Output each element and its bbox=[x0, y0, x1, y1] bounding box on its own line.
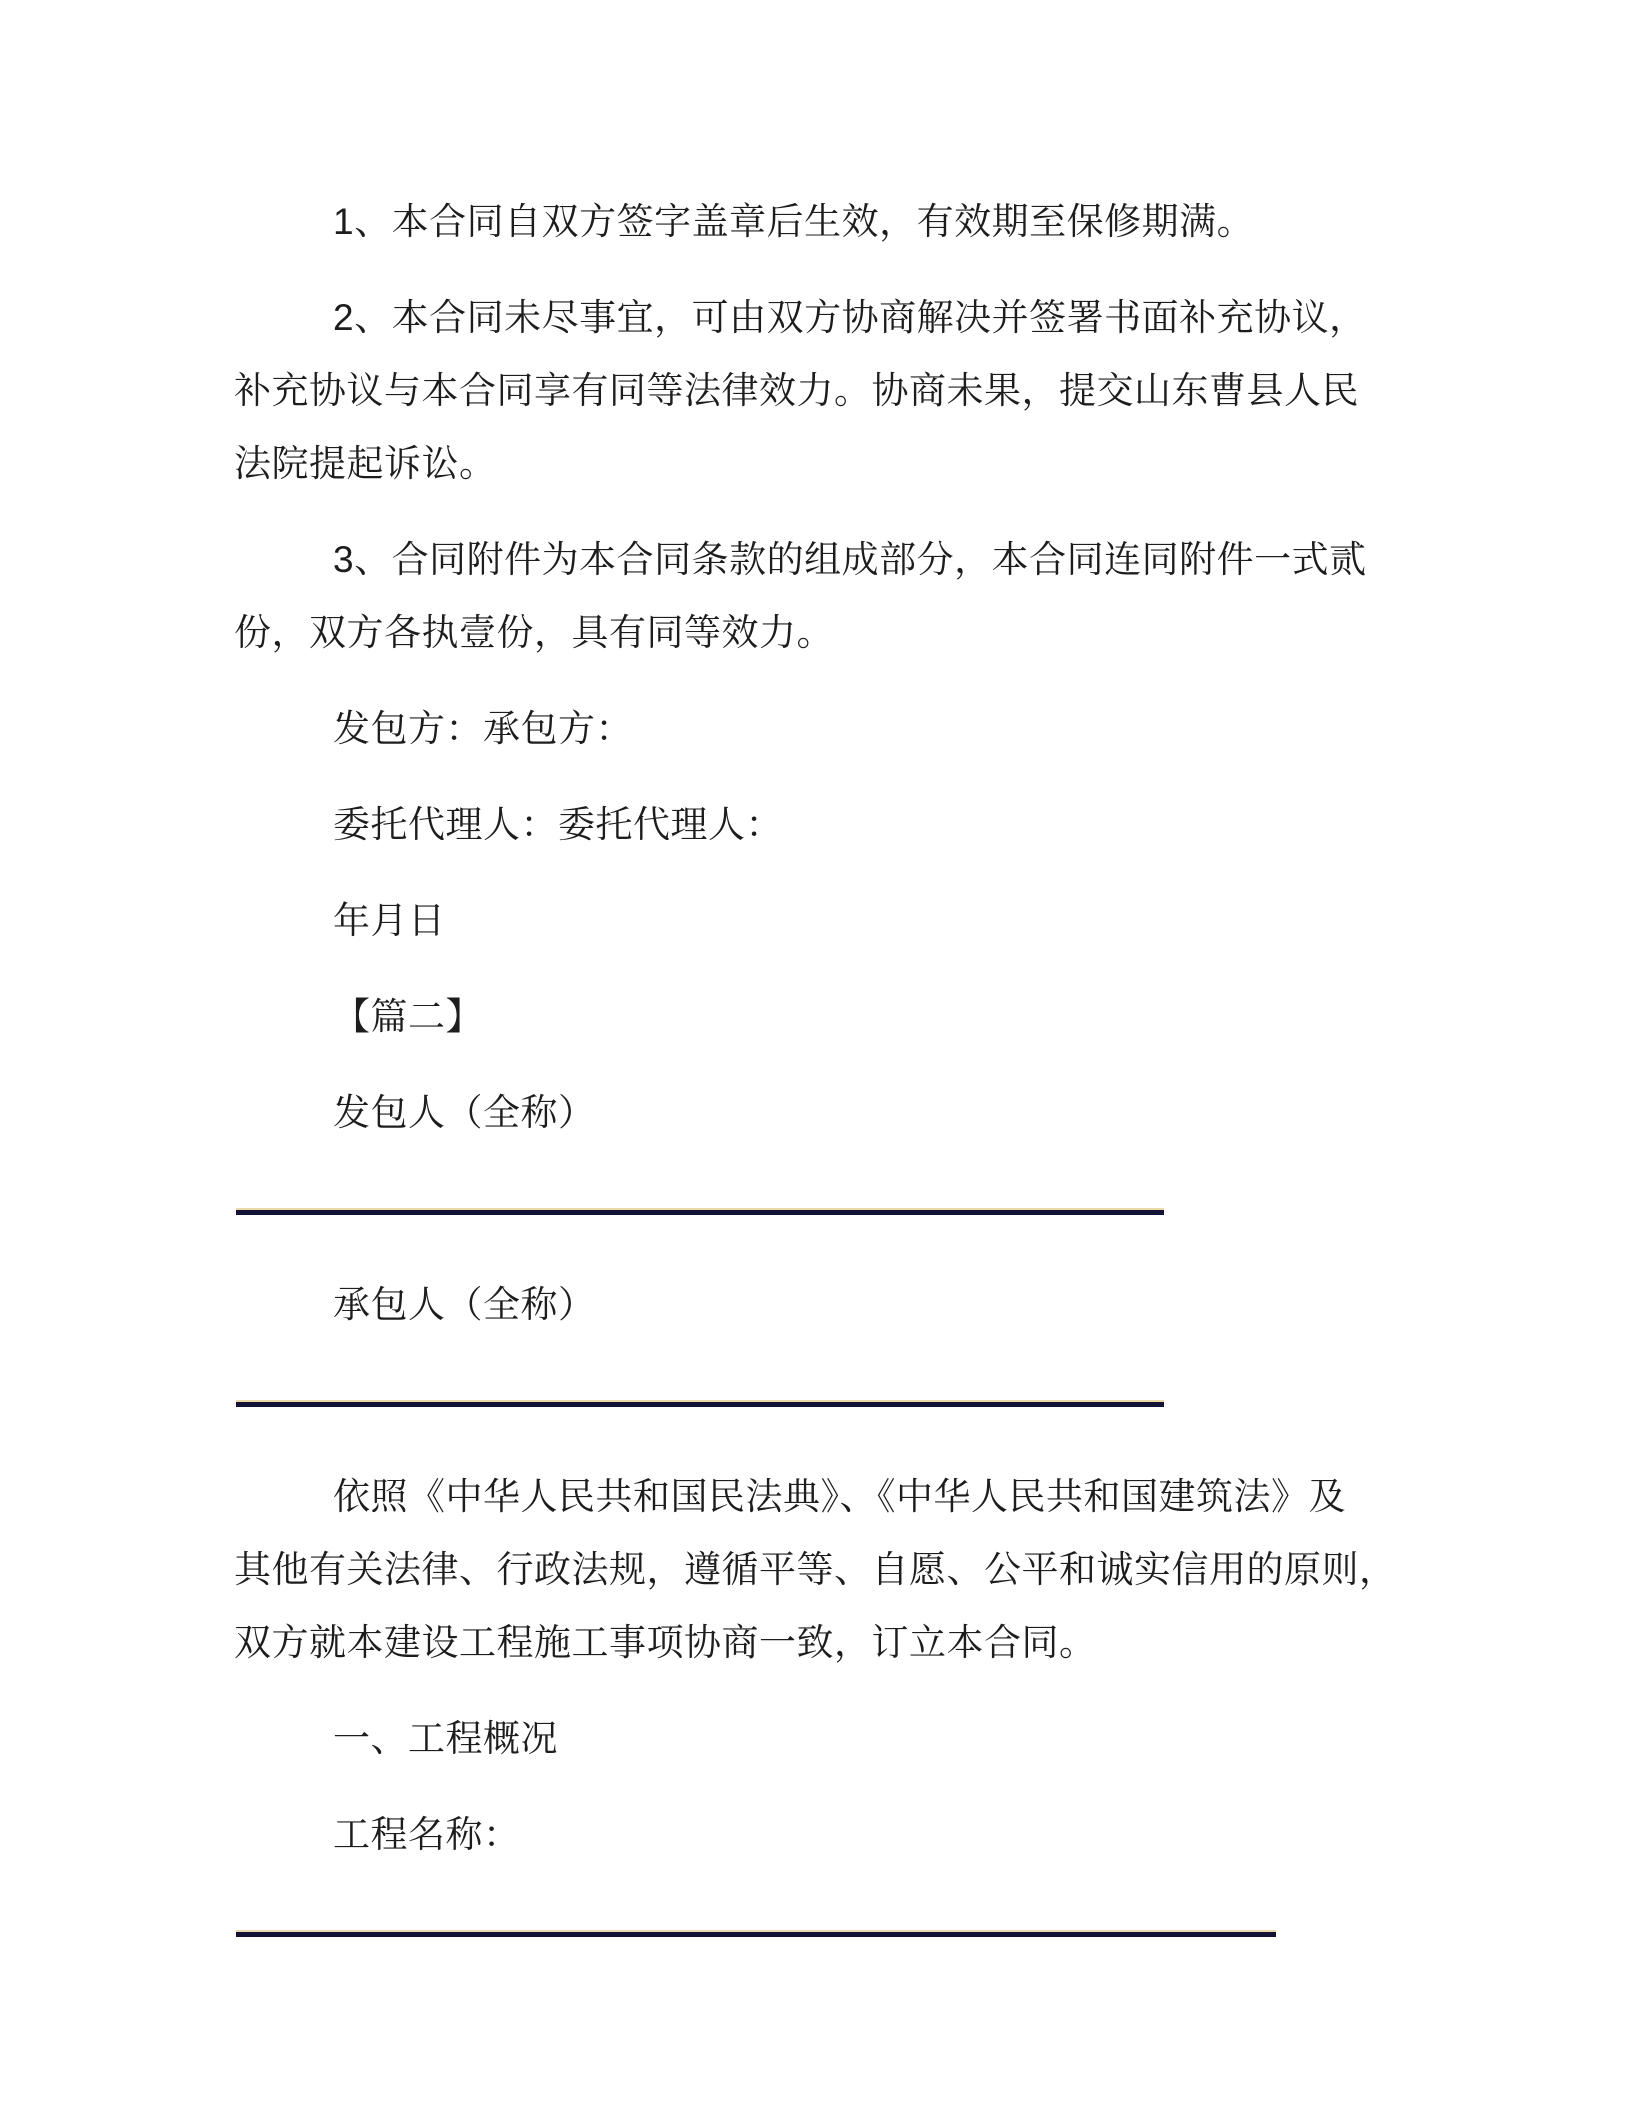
text-line: 【篇二】 bbox=[234, 980, 1394, 1053]
blank-underline-row-employer-blank bbox=[234, 1172, 1394, 1245]
paragraph-clause-1: 1、本合同自双方签字盖章后生效，有效期至保修期满。 bbox=[234, 185, 1394, 258]
text-line: 一、工程概况 bbox=[234, 1702, 1394, 1775]
text-line: 承包人（全称） bbox=[234, 1268, 1394, 1341]
blank-underline bbox=[236, 1208, 1164, 1215]
blank-underline bbox=[236, 1930, 1276, 1937]
paragraph-contractor-label: 承包人（全称） bbox=[234, 1268, 1394, 1341]
paragraph-section-2-heading: 【篇二】 bbox=[234, 980, 1394, 1053]
paragraph-signature-parties: 发包方：承包方： bbox=[234, 692, 1394, 765]
paragraph-clause-2: 2、本合同未尽事宜，可由双方协商解决并签署书面补充协议，补充协议与本合同享有同等… bbox=[234, 281, 1394, 500]
paragraph-employer-label: 发包人（全称） bbox=[234, 1076, 1394, 1149]
text-line: 2、本合同未尽事宜，可由双方协商解决并签署书面补充协议， bbox=[234, 281, 1394, 354]
blank-underline bbox=[236, 1400, 1164, 1407]
text-line: 双方就本建设工程施工事项协商一致，订立本合同。 bbox=[234, 1606, 1394, 1679]
paragraph-project-name-label: 工程名称： bbox=[234, 1798, 1394, 1871]
text-line: 发包人（全称） bbox=[234, 1076, 1394, 1149]
paragraph-article-1-heading: 一、工程概况 bbox=[234, 1702, 1394, 1775]
text-line: 年月日 bbox=[234, 884, 1394, 957]
paragraph-clause-3: 3、合同附件为本合同条款的组成部分，本合同连同附件一式贰份，双方各执壹份，具有同… bbox=[234, 523, 1394, 669]
text-line: 依照《中华人民共和国民法典》、《中华人民共和国建筑法》及 bbox=[234, 1460, 1394, 1533]
text-line: 法院提起诉讼。 bbox=[234, 427, 1394, 500]
text-line: 份，双方各执壹份，具有同等效力。 bbox=[234, 596, 1394, 669]
text-line: 工程名称： bbox=[234, 1798, 1394, 1871]
text-line: 其他有关法律、行政法规，遵循平等、自愿、公平和诚实信用的原则， bbox=[234, 1533, 1394, 1606]
paragraph-signature-date: 年月日 bbox=[234, 884, 1394, 957]
blank-underline-row-project-name-blank bbox=[234, 1894, 1394, 1967]
paragraph-legal-basis-paragraph: 依照《中华人民共和国民法典》、《中华人民共和国建筑法》及其他有关法律、行政法规，… bbox=[234, 1460, 1394, 1679]
text-line: 委托代理人：委托代理人： bbox=[234, 788, 1394, 861]
blank-underline-row-contractor-blank bbox=[234, 1364, 1394, 1437]
text-line: 1、本合同自双方签字盖章后生效，有效期至保修期满。 bbox=[234, 185, 1394, 258]
document-page: 1、本合同自双方签字盖章后生效，有效期至保修期满。2、本合同未尽事宜，可由双方协… bbox=[0, 0, 1632, 2112]
paragraph-signature-agents: 委托代理人：委托代理人： bbox=[234, 788, 1394, 861]
text-line: 3、合同附件为本合同条款的组成部分，本合同连同附件一式贰 bbox=[234, 523, 1394, 596]
document-content: 1、本合同自双方签字盖章后生效，有效期至保修期满。2、本合同未尽事宜，可由双方协… bbox=[234, 185, 1394, 1967]
text-line: 发包方：承包方： bbox=[234, 692, 1394, 765]
text-line: 补充协议与本合同享有同等法律效力。协商未果，提交山东曹县人民 bbox=[234, 354, 1394, 427]
